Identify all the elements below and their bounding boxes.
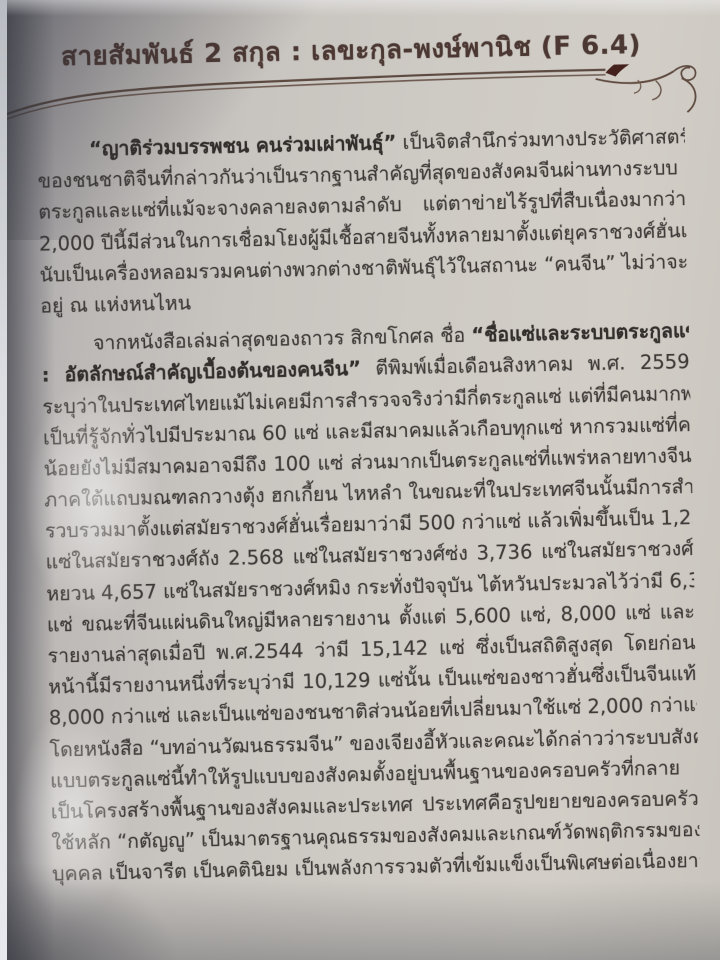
book-page-photo: สายสัมพันธ์ 2 สกุล : เลขะกุล-พงษ์พานิช (… <box>0 0 720 960</box>
bottom-shadow <box>0 880 720 960</box>
page-edge-highlight <box>0 0 7 960</box>
top-sheen-overlay <box>0 0 720 16</box>
